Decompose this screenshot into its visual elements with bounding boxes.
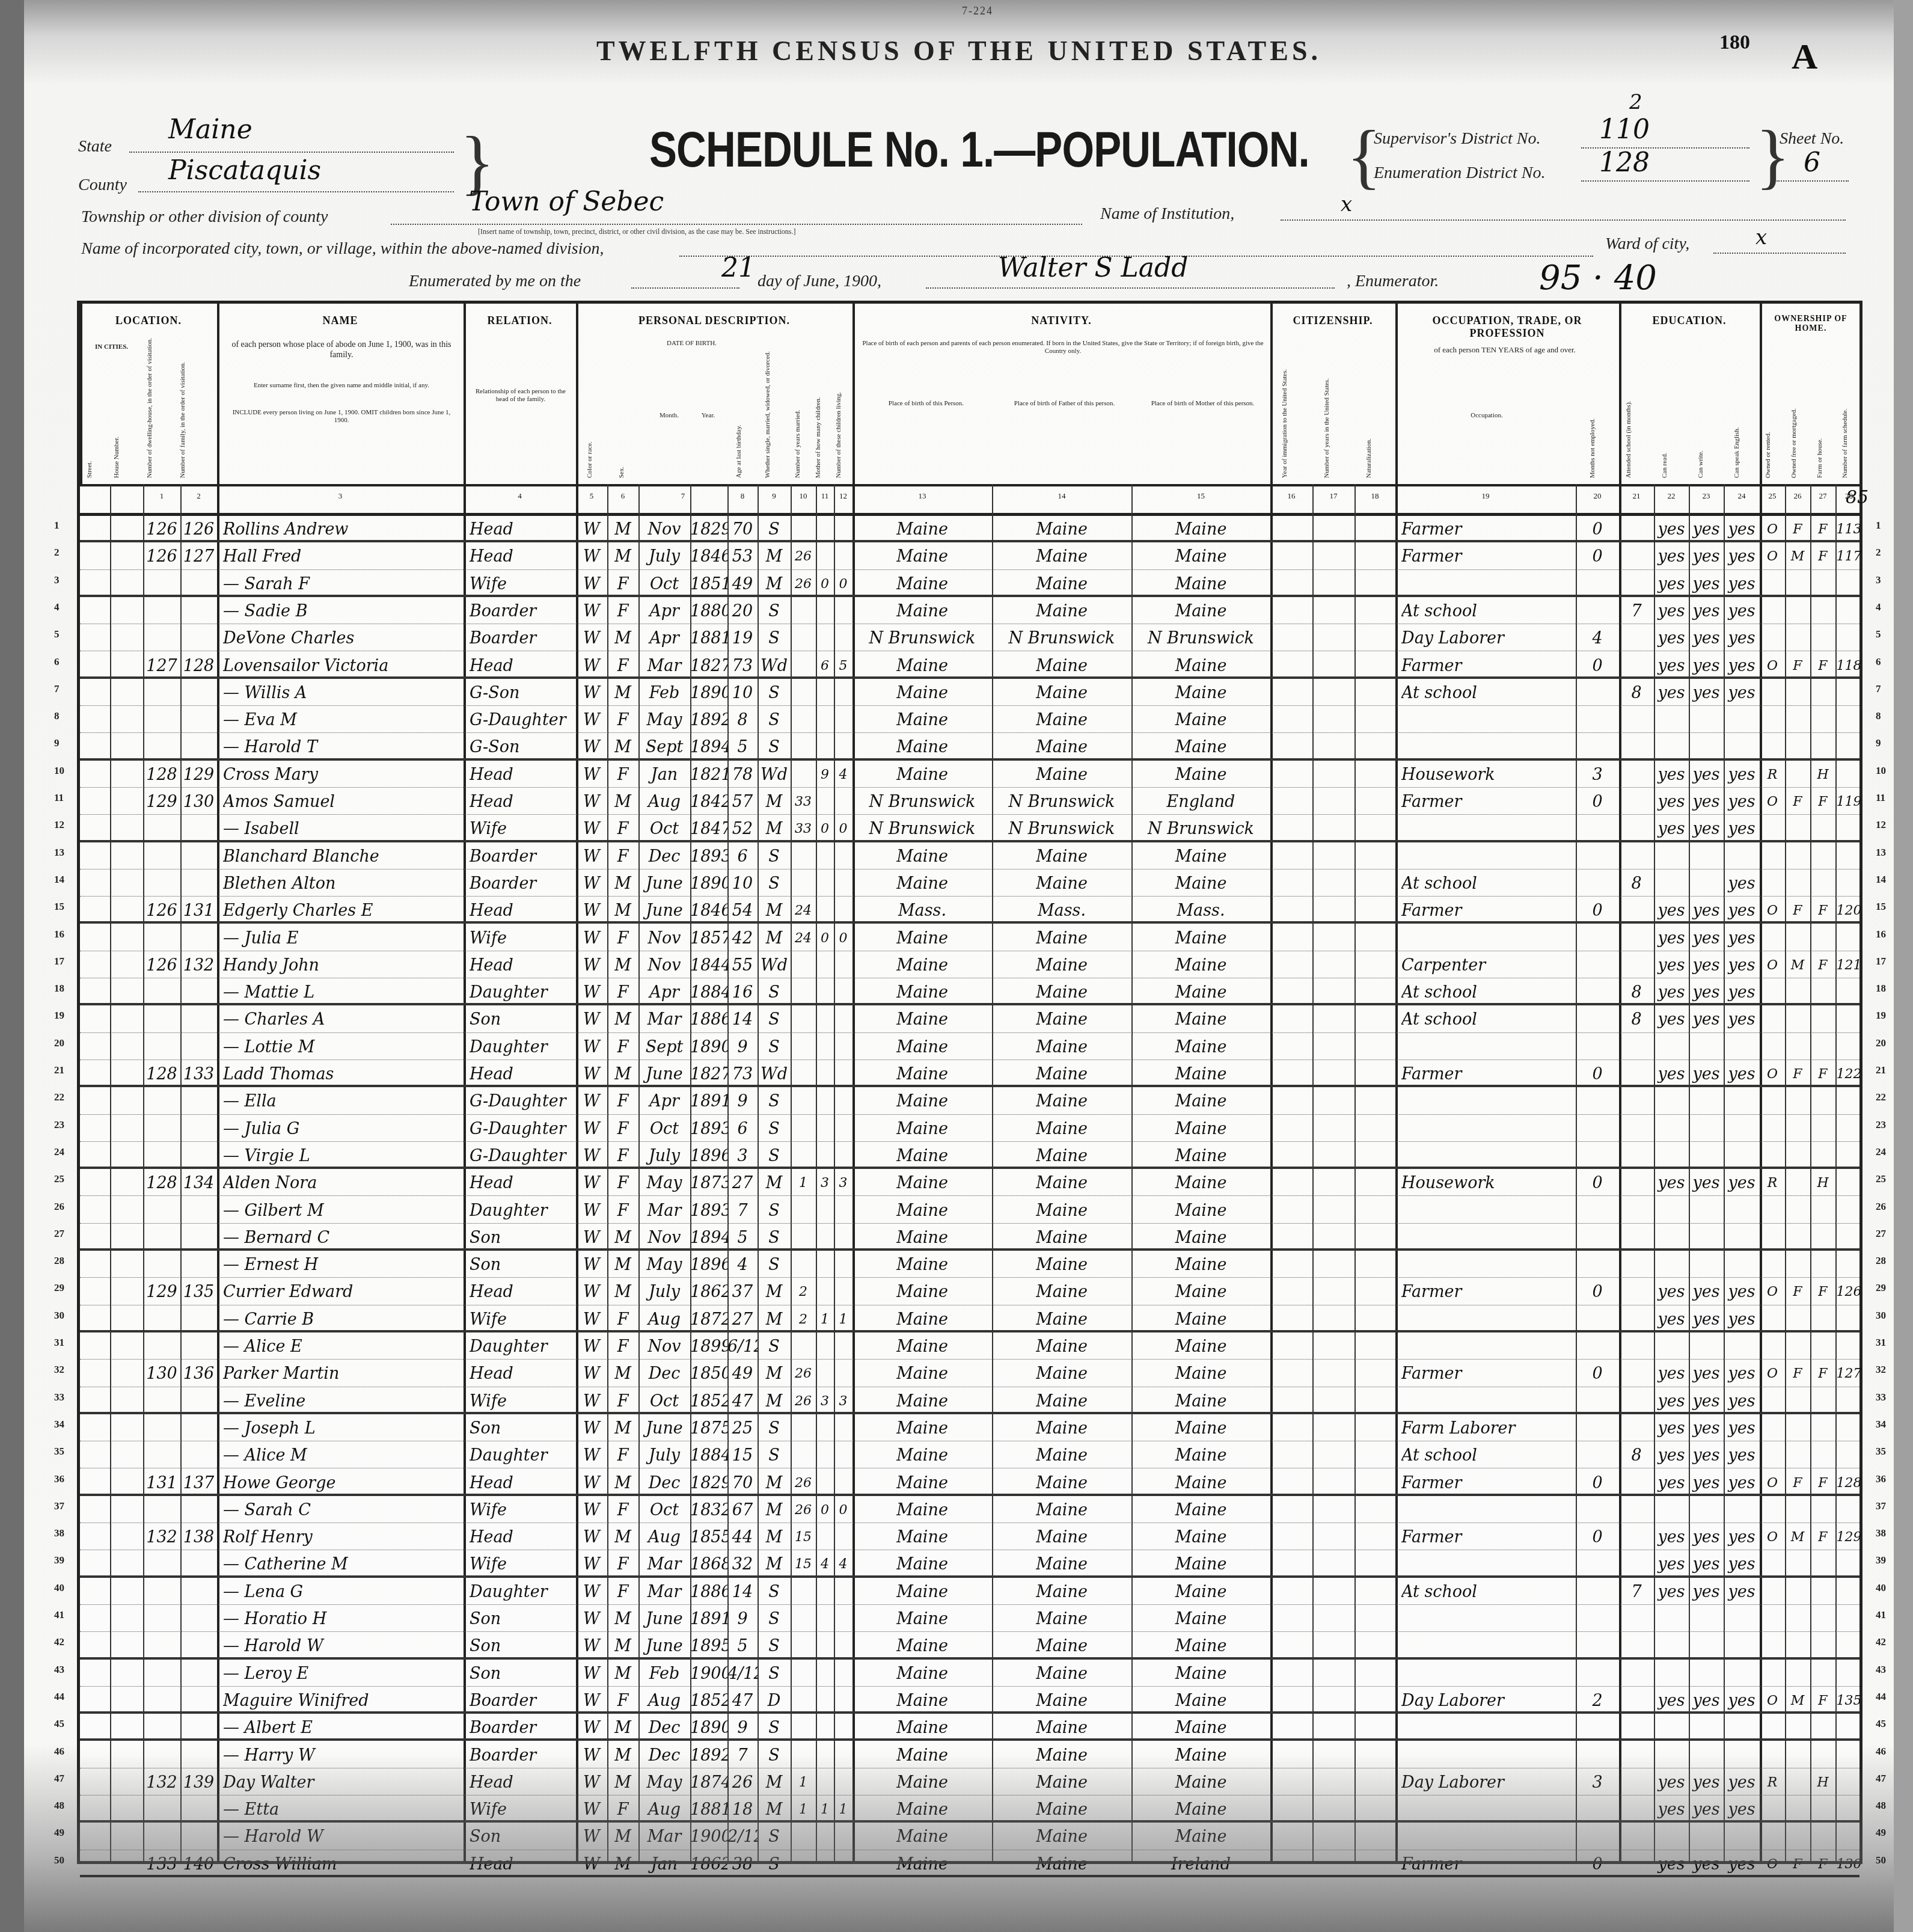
cell-fsch: 118 — [1835, 654, 1862, 678]
cell-fam: 128 — [180, 654, 217, 678]
cell-unemp — [1576, 600, 1619, 624]
cell-sch: 8 — [1619, 981, 1654, 1005]
cell-unemp: 0 — [1576, 518, 1619, 542]
cell-mar: S — [758, 627, 791, 651]
table-row: 131137Howe GeorgeHeadWMDec182970M26Maine… — [80, 1469, 1859, 1496]
cell-dw: 128 — [143, 1063, 180, 1087]
cell-write — [1689, 735, 1724, 759]
cell-bf: Maine — [992, 1689, 1131, 1713]
cell-year: 1890 — [690, 681, 727, 705]
table-row: 126126Rollins AndrewHeadWMNov182970SMain… — [80, 515, 1859, 542]
cell-free — [1785, 1580, 1810, 1604]
cell-cl: 0 — [834, 1498, 852, 1523]
cell-sch — [1619, 1716, 1654, 1740]
cell-dw — [143, 927, 180, 951]
cell-write: yes — [1689, 790, 1724, 814]
cell-month: Nov — [638, 954, 690, 978]
row-number-left: 3 — [54, 574, 60, 586]
cell-name: Rollins Andrew — [223, 518, 462, 542]
row-number-left: 44 — [54, 1691, 64, 1703]
cell-read — [1654, 1662, 1689, 1686]
cell-occ — [1401, 817, 1575, 841]
cell-write: yes — [1689, 600, 1724, 624]
header-children-living: Number of these children living. — [835, 340, 842, 478]
cell-fam: 130 — [180, 790, 217, 814]
cell-write: yes — [1689, 1853, 1724, 1877]
cell-age: 8 — [727, 708, 758, 732]
row-number-left: 35 — [54, 1446, 64, 1458]
cell-dw — [143, 1798, 180, 1822]
cell-write — [1689, 708, 1724, 732]
cell-eng — [1724, 735, 1760, 759]
cell-unemp — [1576, 1199, 1619, 1223]
cell-age: 54 — [727, 899, 758, 923]
cell-cl — [834, 981, 852, 1005]
enumerator-label: , Enumerator. — [1347, 272, 1439, 291]
cell-ch: 0 — [816, 817, 834, 841]
cell-rel: Boarder — [470, 627, 575, 651]
cell-sch — [1619, 1090, 1654, 1114]
cell-dw — [143, 1090, 180, 1114]
table-row: — Julia GG-DaughterWFOct18936SMaineMaine… — [80, 1115, 1859, 1142]
cell-free: F — [1785, 1471, 1810, 1495]
cell-unemp — [1576, 1035, 1619, 1060]
schedule-title: SCHEDULE No. 1.—POPULATION. — [649, 120, 1309, 179]
row-number-right: 39 — [1876, 1554, 1886, 1566]
row-number-right: 41 — [1876, 1609, 1886, 1621]
state-value: Maine — [168, 114, 253, 145]
cell-free — [1785, 1607, 1810, 1631]
cell-sex: M — [607, 872, 638, 896]
cell-read: yes — [1654, 1471, 1689, 1495]
cell-color: W — [576, 708, 607, 732]
cell-occ — [1401, 1035, 1575, 1060]
cell-fam: 126 — [180, 518, 217, 542]
cell-bm: Maine — [1131, 735, 1270, 759]
cell-read: yes — [1654, 1063, 1689, 1087]
row-number-right: 27 — [1876, 1228, 1886, 1240]
cell-read: yes — [1654, 1008, 1689, 1032]
cell-ch — [816, 1280, 834, 1304]
cell-sex: M — [607, 1417, 638, 1441]
cell-dw — [143, 708, 180, 732]
cell-write: yes — [1689, 627, 1724, 651]
cell-eng: yes — [1724, 654, 1760, 678]
cell-rel: Head — [470, 1063, 575, 1087]
row-number-left: 9 — [54, 737, 60, 749]
cell-fsch — [1835, 927, 1862, 951]
cell-eng: yes — [1724, 1553, 1760, 1577]
cell-free: F — [1785, 518, 1810, 542]
cell-color: W — [576, 1744, 607, 1768]
cell-color: W — [576, 1008, 607, 1032]
cell-bp: Maine — [852, 708, 992, 732]
cell-own — [1760, 927, 1785, 951]
cell-dw — [143, 600, 180, 624]
cell-mar: S — [758, 1444, 791, 1468]
cell-rel: Daughter — [470, 1035, 575, 1060]
cell-cl — [834, 1226, 852, 1250]
cell-read: yes — [1654, 572, 1689, 596]
cell-bf: Maine — [992, 1144, 1131, 1168]
cell-sch — [1619, 954, 1654, 978]
cell-free: F — [1785, 1853, 1810, 1877]
header-dwelling: Number of dwelling-house, in the order o… — [146, 340, 153, 478]
enumeration-day: 21 — [721, 253, 755, 283]
cell-eng — [1724, 708, 1760, 732]
cell-year: 1829 — [690, 518, 727, 542]
cell-bf: Maine — [992, 927, 1131, 951]
table-row: — Mattie LDaughterWFApr188416SMaineMaine… — [80, 978, 1859, 1005]
row-number-left: 40 — [54, 1582, 64, 1594]
table-row: — Harold WSonWMJune18955SMaineMaineMaine — [80, 1632, 1859, 1659]
cell-free — [1785, 763, 1810, 787]
cell-unemp — [1576, 1798, 1619, 1822]
cell-color: W — [576, 1362, 607, 1386]
cell-eng — [1724, 1253, 1760, 1277]
cell-eng: yes — [1724, 1853, 1760, 1877]
cell-own — [1760, 1798, 1785, 1822]
cell-fsch — [1835, 1607, 1862, 1631]
cell-ym: 24 — [791, 927, 816, 951]
cell-sch — [1619, 817, 1654, 841]
cell-read — [1654, 1035, 1689, 1060]
cell-bm: N Brunswick — [1131, 627, 1270, 651]
cell-sch — [1619, 572, 1654, 596]
cell-month: July — [638, 545, 690, 569]
cell-free — [1785, 1771, 1810, 1795]
cell-sch — [1619, 1390, 1654, 1414]
cell-ch — [816, 1607, 834, 1631]
header-years-us: Number of years in the United States. — [1323, 340, 1330, 478]
cell-name: Blanchard Blanche — [223, 845, 462, 869]
cell-write: yes — [1689, 927, 1724, 951]
cell-sch — [1619, 708, 1654, 732]
cell-sex: F — [607, 1090, 638, 1114]
cell-bp: Maine — [852, 1580, 992, 1604]
cell-bp: N Brunswick — [852, 627, 992, 651]
cell-bp: N Brunswick — [852, 817, 992, 841]
cell-sex: M — [607, 1008, 638, 1032]
cell-month: Nov — [638, 1335, 690, 1359]
cell-own — [1760, 1117, 1785, 1141]
cell-sch — [1619, 1607, 1654, 1631]
cell-free — [1785, 572, 1810, 596]
header-name-instructions: Enter surname first, then the given name… — [230, 382, 453, 390]
cell-unemp: 0 — [1576, 1526, 1619, 1550]
cell-ym — [791, 1417, 816, 1441]
cell-cl — [834, 872, 852, 896]
cell-farm — [1810, 817, 1835, 841]
cell-bm: Maine — [1131, 1390, 1270, 1414]
cell-mar: M — [758, 817, 791, 841]
cell-ch: 1 — [816, 1798, 834, 1822]
cell-fam — [180, 1607, 217, 1631]
cell-bp: Maine — [852, 1199, 992, 1223]
table-row: 128133Ladd ThomasHeadWMJune182773WdMaine… — [80, 1060, 1859, 1087]
cell-read: yes — [1654, 518, 1689, 542]
population-table: LOCATION. NAME RELATION. PERSONAL DESCRI… — [77, 301, 1862, 1864]
cell-sex: M — [607, 545, 638, 569]
cell-age: 6 — [727, 1117, 758, 1141]
cell-own: O — [1760, 1526, 1785, 1550]
cell-sex: M — [607, 899, 638, 923]
cell-sex: M — [607, 1063, 638, 1087]
cell-occ — [1401, 1199, 1575, 1223]
cell-color: W — [576, 1580, 607, 1604]
cell-mar: M — [758, 572, 791, 596]
cell-bm: Maine — [1131, 1798, 1270, 1822]
cell-month: Nov — [638, 518, 690, 542]
cell-dw — [143, 1662, 180, 1686]
cell-write: yes — [1689, 1280, 1724, 1304]
cell-farm — [1810, 872, 1835, 896]
cell-fam — [180, 1144, 217, 1168]
cell-own — [1760, 1390, 1785, 1414]
cell-fam: 134 — [180, 1171, 217, 1195]
cell-fam — [180, 572, 217, 596]
cell-ym — [791, 1063, 816, 1087]
row-number-right: 29 — [1876, 1282, 1886, 1294]
cell-ch — [816, 627, 834, 651]
cell-occ — [1401, 1498, 1575, 1523]
cell-free — [1785, 845, 1810, 869]
cell-fsch — [1835, 1662, 1862, 1686]
cell-fam — [180, 1417, 217, 1441]
cell-fam: 137 — [180, 1471, 217, 1495]
cell-dw — [143, 1498, 180, 1523]
cell-ym — [791, 1580, 816, 1604]
cell-read: yes — [1654, 899, 1689, 923]
cell-age: 49 — [727, 1362, 758, 1386]
cell-rel: Boarder — [470, 872, 575, 896]
cell-own — [1760, 1308, 1785, 1332]
cell-free — [1785, 1498, 1810, 1523]
cell-dw — [143, 1117, 180, 1141]
cell-fam — [180, 1199, 217, 1223]
header-relation: RELATION. — [464, 314, 576, 327]
cell-mar: S — [758, 1253, 791, 1277]
cell-ch: 3 — [816, 1390, 834, 1414]
cell-bf: Maine — [992, 1553, 1131, 1577]
institution-line — [1281, 219, 1846, 221]
cell-free — [1785, 627, 1810, 651]
cell-own — [1760, 1553, 1785, 1577]
cell-farm — [1810, 1662, 1835, 1686]
cell-name: — Mattie L — [223, 981, 462, 1005]
cell-unemp — [1576, 572, 1619, 596]
cell-bm: Maine — [1131, 1199, 1270, 1223]
cell-occ: At school — [1401, 1008, 1575, 1032]
row-number-left: 16 — [54, 928, 64, 940]
cell-bp: Maine — [852, 600, 992, 624]
cell-color: W — [576, 1662, 607, 1686]
cell-sex: F — [607, 1308, 638, 1332]
cell-month: May — [638, 1171, 690, 1195]
cell-bp: Maine — [852, 1417, 992, 1441]
page-right-edge — [1894, 0, 1913, 1932]
cell-year: 1832 — [690, 1498, 727, 1523]
cell-unemp — [1576, 1744, 1619, 1768]
row-number-right: 12 — [1876, 819, 1886, 831]
cell-bf: Maine — [992, 1362, 1131, 1386]
cell-mar: S — [758, 1090, 791, 1114]
cell-rel: Boarder — [470, 845, 575, 869]
cell-occ: Housework — [1401, 1171, 1575, 1195]
cell-mar: M — [758, 1553, 791, 1577]
table-row: — Carrie BWifeWFAug187227M211MaineMaineM… — [80, 1305, 1859, 1332]
cell-age: 27 — [727, 1171, 758, 1195]
cell-sch — [1619, 1689, 1654, 1713]
cell-sch — [1619, 545, 1654, 569]
cell-own — [1760, 872, 1785, 896]
row-number-right: 35 — [1876, 1446, 1886, 1458]
cell-occ — [1401, 1662, 1575, 1686]
cell-age: 52 — [727, 817, 758, 841]
cell-sex: M — [607, 790, 638, 814]
cell-bp: Maine — [852, 1662, 992, 1686]
cell-read — [1654, 1498, 1689, 1523]
cell-occ: Farmer — [1401, 545, 1575, 569]
cell-ch: 0 — [816, 572, 834, 596]
cell-year: 1846 — [690, 545, 727, 569]
row-number-left: 25 — [54, 1173, 64, 1185]
cell-bm: Maine — [1131, 1035, 1270, 1060]
cell-rel: G-Son — [470, 735, 575, 759]
cell-bf: Maine — [992, 1171, 1131, 1195]
cell-bm: Maine — [1131, 763, 1270, 787]
cell-write: yes — [1689, 1390, 1724, 1414]
table-row: — Lottie MDaughterWFSept18909SMaineMaine… — [80, 1033, 1859, 1060]
cell-dw: 128 — [143, 763, 180, 787]
cell-read: yes — [1654, 1390, 1689, 1414]
row-number-left: 4 — [54, 601, 60, 613]
cell-eng: yes — [1724, 600, 1760, 624]
cell-dw — [143, 627, 180, 651]
cell-write: yes — [1689, 817, 1724, 841]
cell-sch — [1619, 1280, 1654, 1304]
header-street: Street. — [86, 406, 93, 478]
cell-bm: Maine — [1131, 1744, 1270, 1768]
cell-bm: Maine — [1131, 1607, 1270, 1631]
cell-color: W — [576, 1417, 607, 1441]
census-sheet: 7-224 TWELFTH CENSUS OF THE UNITED STATE… — [24, 0, 1894, 1932]
cell-occ: At school — [1401, 600, 1575, 624]
cell-ym: 24 — [791, 899, 816, 923]
cell-age: 38 — [727, 1853, 758, 1877]
header-dob: DATE OF BIRTH. — [657, 340, 726, 348]
row-number-right: 3 — [1876, 574, 1881, 586]
cell-sch — [1619, 790, 1654, 814]
cell-color: W — [576, 600, 607, 624]
cell-own — [1760, 681, 1785, 705]
cell-eng — [1724, 1744, 1760, 1768]
county-value: Piscataquis — [168, 155, 321, 186]
cell-ym: 26 — [791, 572, 816, 596]
cell-color: W — [576, 1090, 607, 1114]
cell-own — [1760, 1716, 1785, 1740]
cell-mar: S — [758, 872, 791, 896]
cell-age: 37 — [727, 1280, 758, 1304]
cell-read: yes — [1654, 1853, 1689, 1877]
cell-eng: yes — [1724, 572, 1760, 596]
cell-year: 1847 — [690, 817, 727, 841]
cell-color: W — [576, 1308, 607, 1332]
cell-rel: Son — [470, 1825, 575, 1849]
cell-year: 1829 — [690, 1471, 727, 1495]
cell-farm: F — [1810, 1362, 1835, 1386]
cell-bp: Maine — [852, 1498, 992, 1523]
cell-write — [1689, 1035, 1724, 1060]
cell-year: 1891 — [690, 1607, 727, 1631]
cell-fam — [180, 927, 217, 951]
header-name-include: INCLUDE every person living on June 1, 1… — [230, 409, 453, 425]
cell-sch — [1619, 1798, 1654, 1822]
header-naturalization: Naturalization. — [1365, 340, 1373, 478]
cell-bf: Maine — [992, 1825, 1131, 1849]
cell-eng: yes — [1724, 899, 1760, 923]
cell-unemp — [1576, 845, 1619, 869]
row-number-right: 46 — [1876, 1746, 1886, 1758]
cell-mar: M — [758, 1798, 791, 1822]
table-row: — Willis AG-SonWMFeb189010SMaineMaineMai… — [80, 679, 1859, 706]
cell-age: 10 — [727, 681, 758, 705]
cell-sex: F — [607, 1444, 638, 1468]
cell-farm — [1810, 627, 1835, 651]
cell-color: W — [576, 954, 607, 978]
cell-fsch — [1835, 1171, 1862, 1195]
cell-ym: 26 — [791, 545, 816, 569]
cell-ym: 15 — [791, 1526, 816, 1550]
cell-dw — [143, 1689, 180, 1713]
cell-fsch — [1835, 1253, 1862, 1277]
cell-color: W — [576, 1171, 607, 1195]
cell-month: Mar — [638, 654, 690, 678]
cell-month: Aug — [638, 1308, 690, 1332]
cell-eng: yes — [1724, 1771, 1760, 1795]
cell-fsch: 130 — [1835, 1853, 1862, 1877]
cell-fam: 140 — [180, 1853, 217, 1877]
cell-ym — [791, 654, 816, 678]
cell-sch — [1619, 1662, 1654, 1686]
cell-unemp — [1576, 1090, 1619, 1114]
cell-fam — [180, 1390, 217, 1414]
cell-bp: Maine — [852, 735, 992, 759]
cell-month: Aug — [638, 1526, 690, 1550]
cell-eng: yes — [1724, 1471, 1760, 1495]
row-number-right: 19 — [1876, 1010, 1886, 1022]
cell-sch — [1619, 1498, 1654, 1523]
cell-cl — [834, 1662, 852, 1686]
header-owned-rented: Owned or rented. — [1765, 340, 1772, 478]
cell-bp: Maine — [852, 763, 992, 787]
table-row: — Ernest HSonWMMay18964SMaineMaineMaine — [80, 1251, 1859, 1278]
cell-fsch — [1835, 1444, 1862, 1468]
township-instructions: [Insert name of township, town, precinct… — [478, 227, 796, 236]
cell-farm: F — [1810, 1526, 1835, 1550]
cell-month: June — [638, 872, 690, 896]
row-number-right: 21 — [1876, 1064, 1886, 1076]
cell-cl — [834, 735, 852, 759]
cell-name: Handy John — [223, 954, 462, 978]
sheet-value: 6 — [1804, 147, 1820, 178]
cell-occ: At school — [1401, 1444, 1575, 1468]
cell-sch: 7 — [1619, 600, 1654, 624]
cell-own: O — [1760, 899, 1785, 923]
cell-occ — [1401, 1090, 1575, 1114]
cell-occ — [1401, 1716, 1575, 1740]
cell-bp: Maine — [852, 1471, 992, 1495]
